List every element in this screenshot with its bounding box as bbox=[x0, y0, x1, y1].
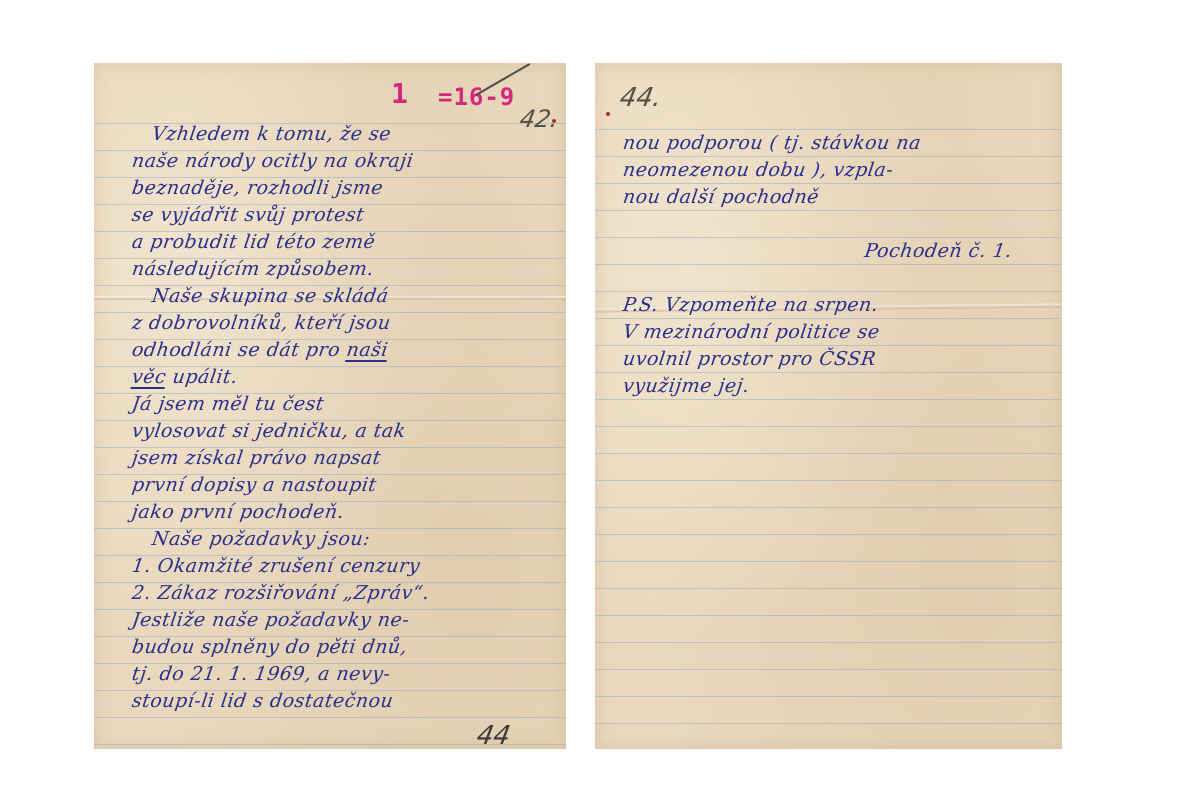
letter-line: beznaděje, rozhodli jsme bbox=[130, 175, 566, 202]
letter-line: z dobrovolníků, kteří jsou bbox=[130, 310, 566, 337]
letter-line: jako první pochodeň. bbox=[130, 499, 566, 526]
signature: Pochodeň č. 1. bbox=[621, 238, 1062, 265]
letter-line: tj. do 21. 1. 1969, a nevy- bbox=[130, 661, 566, 688]
folio-number-bottom: 44 bbox=[474, 721, 512, 749]
red-ink-dot bbox=[606, 112, 610, 116]
letter-text: věc upálit. bbox=[131, 366, 240, 388]
letter-line: jsem získal právo napsat bbox=[130, 445, 566, 472]
letter-line: první dopisy a nastoupit bbox=[130, 472, 566, 499]
demand-item-1: 1. Okamžité zrušení cenzury bbox=[130, 553, 566, 580]
letter-line: vylosovat si jedničku, a tak bbox=[130, 418, 566, 445]
letter-line: stoupí-li lid s dostatečnou bbox=[130, 688, 566, 715]
postscript-line: P.S. Vzpomeňte na srpen. bbox=[621, 292, 1062, 319]
letter-line-underlined: odhodláni se dát pro naši bbox=[130, 337, 566, 364]
archive-stamp-date: =16-9 bbox=[438, 83, 515, 111]
letter-line: Jestliže naše požadavky ne- bbox=[130, 607, 566, 634]
letter-body: Vzhledem k tomu, že se naše národy ocitl… bbox=[94, 121, 566, 715]
left-page: 1 =16-9 42. Vzhledem k tomu, že se naše … bbox=[94, 63, 566, 749]
letter-line-underlined: věc upálit. bbox=[130, 364, 566, 391]
letter-line: se vyjádřit svůj protest bbox=[130, 202, 566, 229]
letter-line: Naše skupina se skládá bbox=[130, 283, 566, 310]
folio-number-top: 44. bbox=[617, 83, 664, 113]
underlined-word: věc bbox=[131, 366, 168, 388]
postscript-line: uvolnil prostor pro ČSSR bbox=[621, 346, 1062, 373]
letter-line: naše národy ocitly na okraji bbox=[130, 148, 566, 175]
letter-line: Já jsem měl tu čest bbox=[130, 391, 566, 418]
demand-item-2: 2. Zákaz rozšiřování „Zpráv“. bbox=[130, 580, 566, 607]
spacer bbox=[623, 211, 1062, 238]
postscript-line: využijme jej. bbox=[621, 373, 1062, 400]
letter-line: a probudit lid této země bbox=[130, 229, 566, 256]
letter-line: nou podporou ( tj. stávkou na bbox=[621, 130, 1062, 157]
letter-line: nou další pochodně bbox=[621, 184, 1062, 211]
letter-line: budou splněny do pěti dnů, bbox=[130, 634, 566, 661]
right-page: 44. nou podporou ( tj. stávkou na neomez… bbox=[595, 63, 1062, 749]
letter-body-continued: nou podporou ( tj. stávkou na neomezenou… bbox=[595, 130, 1062, 400]
spacer bbox=[623, 265, 1062, 292]
letter-line: neomezenou dobu ), vzpla- bbox=[621, 157, 1062, 184]
postscript-line: V mezinárodní politice se bbox=[621, 319, 1062, 346]
archive-stamp-number: 1 bbox=[391, 77, 408, 110]
underlined-word: naši bbox=[345, 339, 389, 361]
letter-line: Vzhledem k tomu, že se bbox=[130, 121, 566, 148]
letter-line: Naše požadavky jsou: bbox=[130, 526, 566, 553]
letter-line: následujícím způsobem. bbox=[130, 256, 566, 283]
letter-text: odhodláni se dát pro naši bbox=[131, 339, 390, 361]
